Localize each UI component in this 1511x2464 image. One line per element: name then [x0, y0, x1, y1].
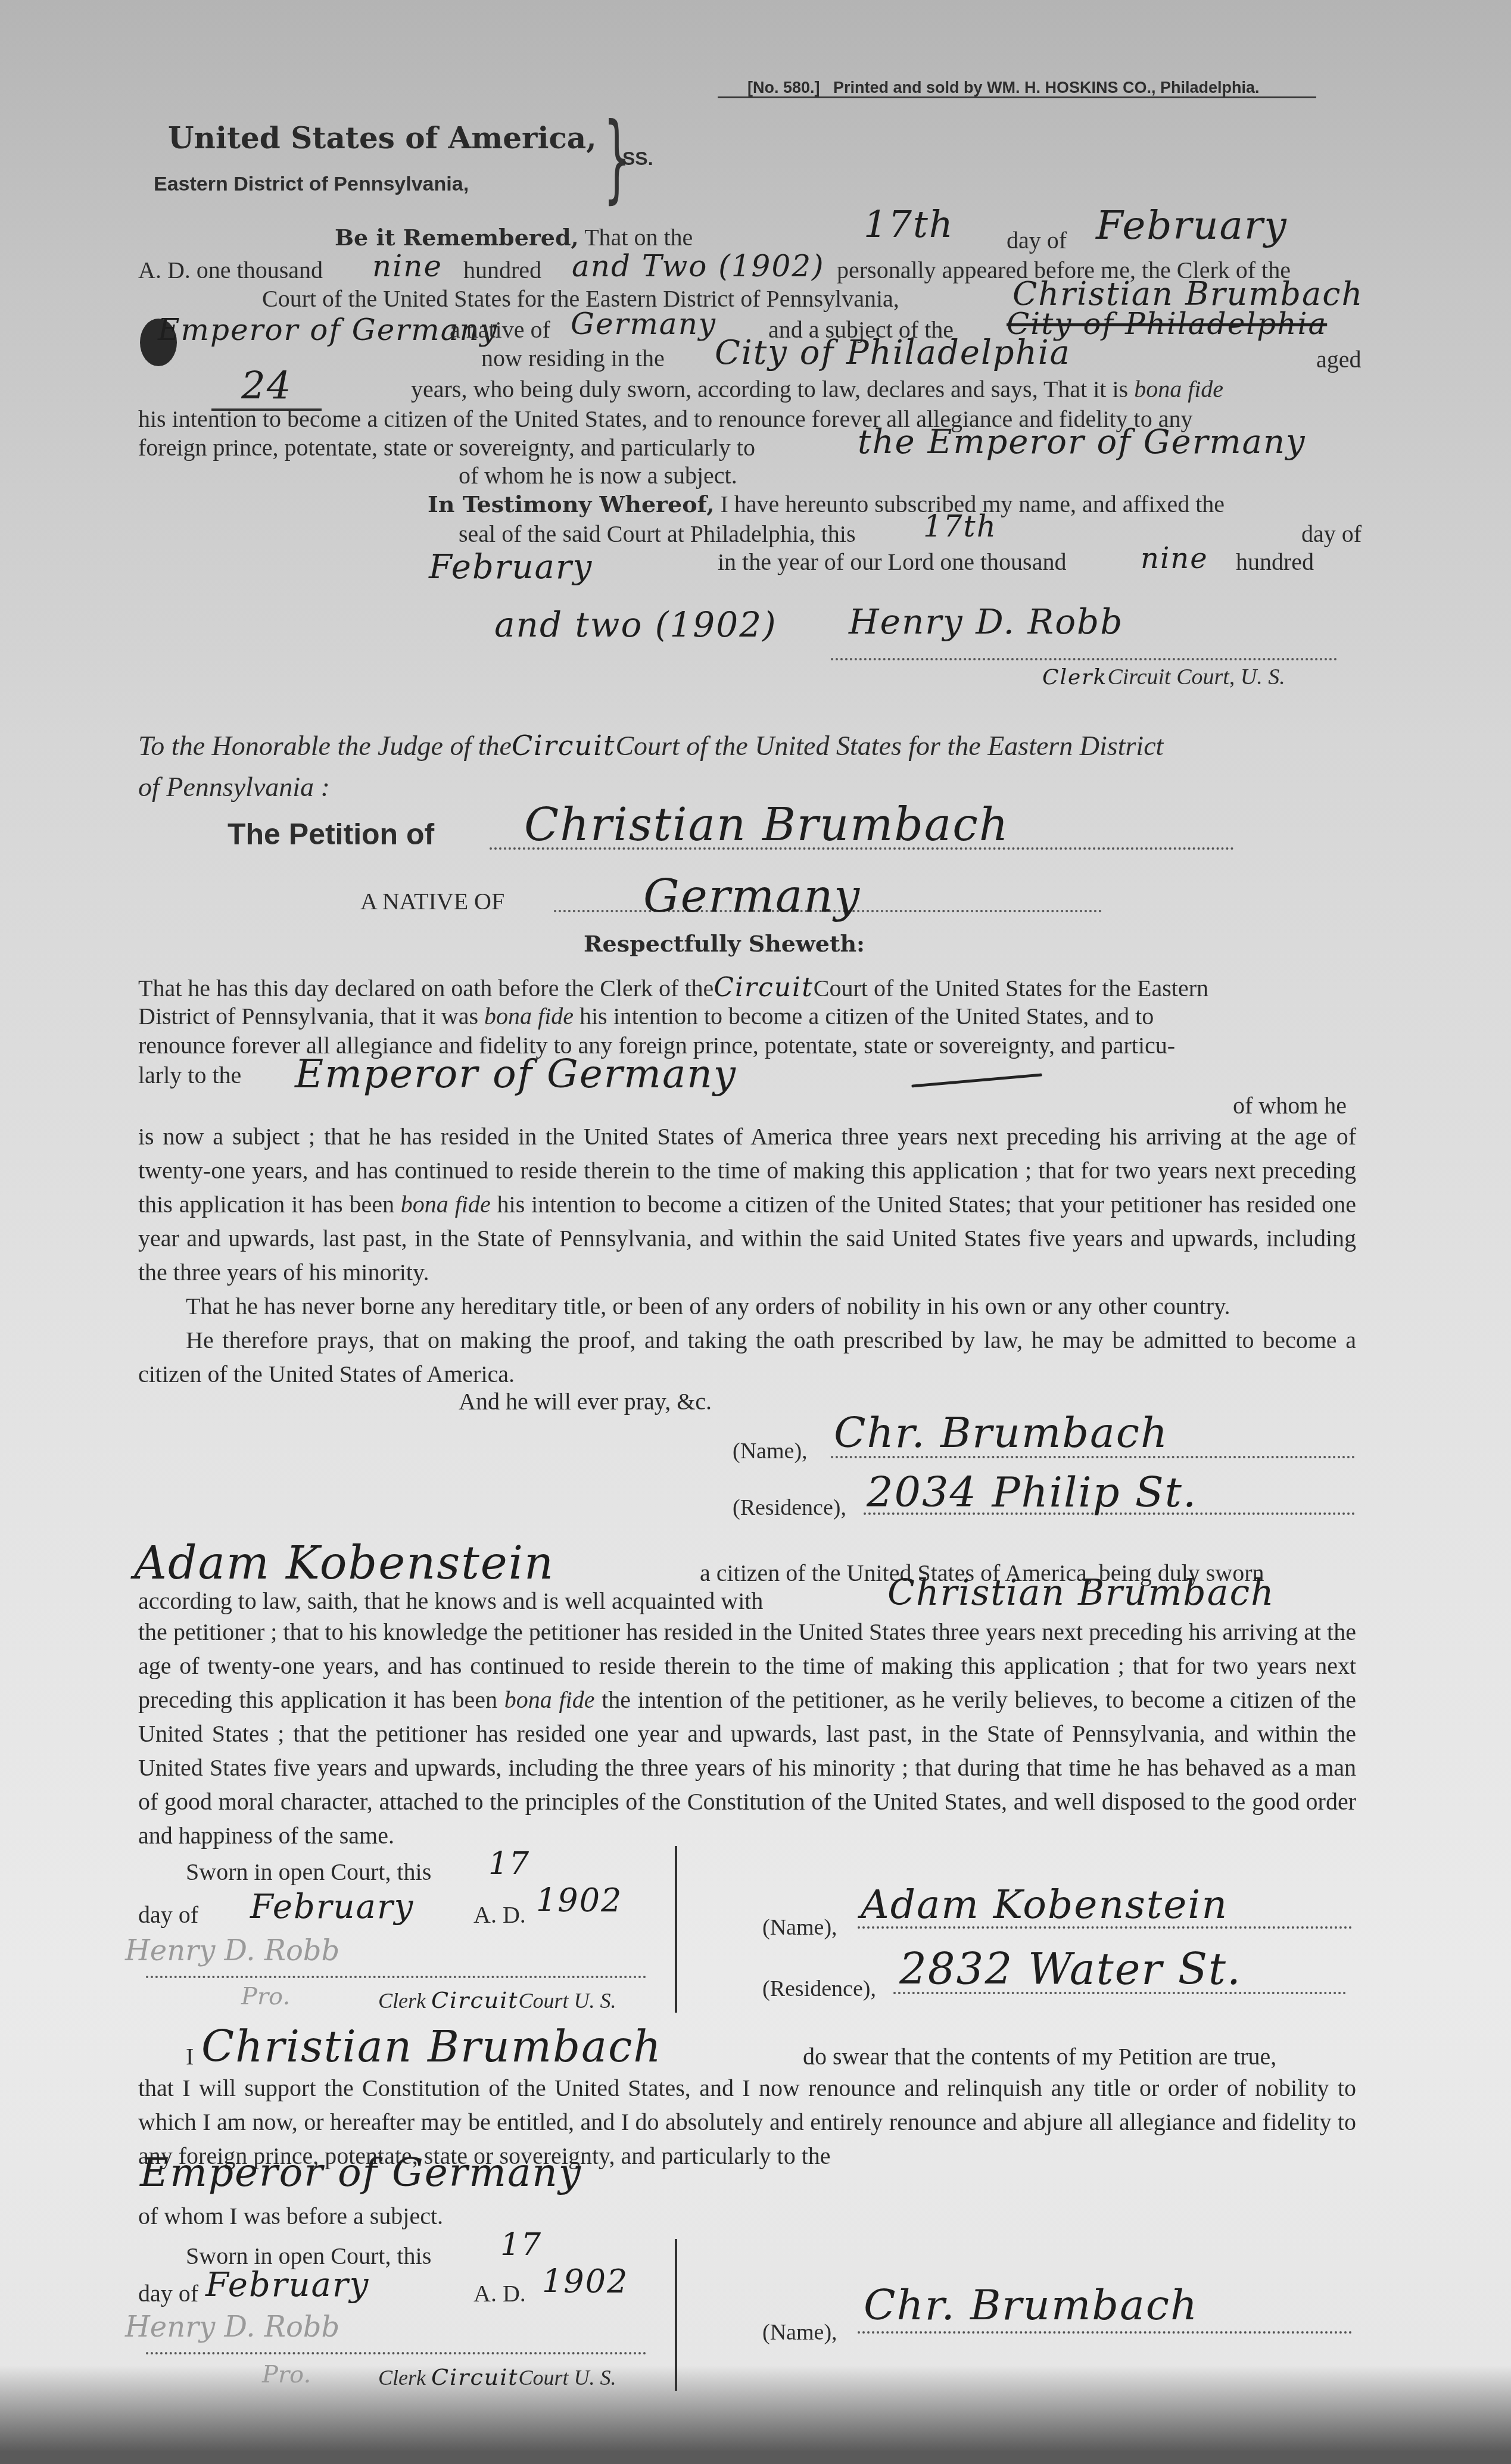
caption-country: United States of America, — [168, 120, 597, 155]
witness-residence-field[interactable]: 2832 Water St. — [899, 1944, 1242, 1994]
petition-native-field[interactable]: Germany — [643, 869, 861, 922]
text: District of Pennsylvania, that it was — [138, 1003, 478, 1030]
ad-one-thousand: A. D. one thousand — [138, 256, 323, 284]
dash-stroke — [911, 1073, 1042, 1087]
petition-residence-label: (Residence), — [733, 1495, 846, 1521]
witness-residence-label: (Residence), — [762, 1976, 876, 2002]
petitioner-name-field[interactable]: Christian Brumbach — [524, 798, 1010, 851]
witness-ad-label: A. D. — [473, 1901, 526, 1929]
year-of-lord-label: in the year of our Lord one thousand — [718, 548, 1066, 576]
witness-sworn-day-field[interactable]: 17 — [488, 1846, 530, 1882]
text: Court U. S. — [519, 2366, 616, 2390]
oath-clerk-label: Clerk CircuitCourt U. S. — [378, 2364, 616, 2390]
witness-name-signed-field[interactable]: Adam Kobenstein — [861, 1882, 1228, 1927]
witness-bracket — [675, 1846, 677, 2013]
witness-month-field[interactable]: February — [250, 1888, 414, 1926]
oath-i-label: I — [186, 2042, 194, 2070]
witness-year-field[interactable]: 1902 — [536, 1882, 622, 1919]
bona-fide: bona fide — [504, 1686, 595, 1713]
now-residing-label: now residing in the — [481, 344, 665, 372]
respectfully-sheweth: Respectfully Sheweth: — [584, 930, 865, 957]
text: That he has this day declared on oath be… — [138, 975, 714, 1002]
oath-particularly-field[interactable]: Emperor of Germany — [140, 2150, 582, 2195]
para1-court-field[interactable]: Circuit — [714, 972, 814, 1003]
clerk-title: ClerkCircuit Court, U. S. — [1042, 664, 1285, 690]
seal-day-field[interactable]: 17th — [923, 509, 997, 544]
clerk-prefix-handwritten: Clerk — [1042, 665, 1107, 690]
bona-fide: bona fide — [484, 1003, 574, 1030]
native-of-label: A NATIVE OF — [360, 887, 504, 915]
seal-year-field[interactable]: and two (1902) — [494, 604, 777, 645]
clerk-court-field[interactable]: Circuit — [431, 1987, 519, 2013]
petition-residence-field[interactable]: 2034 Philip St. — [867, 1468, 1197, 1517]
witness-name-field[interactable]: Adam Kobenstein — [134, 1536, 554, 1589]
witness-line2: according to law, saith, that he knows a… — [138, 1587, 763, 1615]
bona-fide: bona fide — [401, 1191, 491, 1218]
day-field[interactable]: 17th — [864, 202, 954, 246]
oath-of-whom: of whom I was before a subject. — [138, 2202, 443, 2230]
a-native-of-label: a native of — [450, 316, 550, 344]
clerk-signature-line — [831, 658, 1337, 660]
witness-clerk-label: Clerk CircuitCourt U. S. — [378, 1987, 616, 2013]
witness-clerk-signature: Henry D. Robb — [125, 1934, 339, 1967]
oath-taker-field[interactable]: Christian Brumbach — [201, 2022, 662, 2072]
seal-hundred-label: hundred — [1236, 548, 1314, 576]
petition-name-label: (Name), — [733, 1438, 808, 1464]
text: is now a subject ; that he has resided i… — [138, 1119, 1356, 1289]
in-testimony: In Testimony Whereof, — [428, 491, 714, 517]
age-field[interactable]: 24 — [211, 364, 322, 411]
petition-address-line2: of Pennsylvania : — [138, 771, 330, 803]
witness-body: the petitioner ; that to his knowledge t… — [138, 1615, 1356, 1852]
native-field[interactable]: Germany — [571, 307, 716, 341]
text: Court of the United States for the Easte… — [814, 975, 1208, 1002]
petition-para2: That he has never borne any hereditary t… — [138, 1289, 1356, 1323]
subject-of-field[interactable]: Emperor of Germany — [158, 313, 498, 347]
form-number: [No. 580.] — [747, 79, 820, 96]
text: Court U. S. — [519, 1989, 616, 2013]
text: years, who being duly sworn, according t… — [411, 376, 1128, 403]
oath-month-field[interactable]: February — [205, 2266, 369, 2304]
text: his intention to become a citizen of the… — [580, 1003, 1154, 1030]
closing: And he will ever pray, &c. — [459, 1387, 712, 1415]
foreign-prince-line: foreign prince, potentate, state or sove… — [138, 433, 755, 461]
particularly-field[interactable]: the Emperor of Germany — [858, 423, 1306, 461]
seal-day-of: day of — [1301, 520, 1362, 548]
petition-address: To the Honorable the Judge of theCircuit… — [138, 729, 1163, 762]
court-type-field[interactable]: Circuit — [512, 729, 615, 762]
caption-ss: SS. — [622, 148, 653, 170]
oath-year-field[interactable]: 1902 — [542, 2263, 628, 2300]
month-field[interactable]: February — [1096, 202, 1288, 248]
year-field[interactable]: and Two (1902) — [572, 249, 825, 283]
clerk-signature: Henry D. Robb — [849, 601, 1123, 642]
seal-month-field[interactable]: February — [429, 548, 593, 587]
oath-day-of-label: day of — [138, 2279, 198, 2307]
petition-name-field[interactable]: Chr. Brumbach — [834, 1408, 1169, 1457]
printer-name: Printed and sold by WM. H. HOSKINS CO., … — [833, 79, 1260, 96]
text: To the Honorable the Judge of the — [138, 731, 512, 761]
be-it-remembered: Be it Remembered, — [335, 224, 579, 251]
testimony-line: In Testimony Whereof, I have hereunto su… — [428, 490, 1225, 518]
caption-district: Eastern District of Pennsylvania, — [154, 173, 469, 196]
witness-clerk-line — [146, 1976, 646, 1978]
text: the petitioner ; that to his knowledge t… — [138, 1615, 1356, 1852]
witness-day-of-label: day of — [138, 1901, 198, 1929]
petition-para1-line1: That he has this day declared on oath be… — [138, 972, 1208, 1003]
witness-name-label: (Name), — [762, 1914, 837, 1941]
oath-clerk-signature: Henry D. Robb — [125, 2310, 339, 2344]
day-of-label: day of — [1007, 226, 1067, 254]
witness-clerk-by: Pro. — [241, 1983, 290, 2010]
petition-para1-line2: District of Pennsylvania, that it was bo… — [138, 1002, 1154, 1030]
oath-line1: do swear that the contents of my Petitio… — [803, 2042, 1276, 2070]
oath-clerk-line — [146, 2352, 646, 2354]
header-rule — [718, 96, 1316, 98]
oath-name-field[interactable]: Chr. Brumbach — [864, 2281, 1198, 2329]
oath-line: years, who being duly sworn, according t… — [411, 375, 1223, 403]
printer-imprint: [No. 580.] Printed and sold by WM. H. HO… — [747, 79, 1260, 97]
of-whom-label: of whom he is now a subject. — [459, 461, 737, 489]
text: Clerk — [378, 2366, 426, 2390]
of-whom-he: of whom he — [1233, 1091, 1347, 1119]
clerk-court-field[interactable]: Circuit — [431, 2364, 519, 2390]
text: Court of the United States for the Easte… — [615, 731, 1163, 761]
residence-field[interactable]: City of Philadelphia — [715, 333, 1071, 372]
seal-line: seal of the said Court at Philadelphia, … — [459, 520, 856, 548]
century-field[interactable]: nine — [372, 249, 443, 283]
petition-particularly-field[interactable]: Emperor of Germany — [295, 1051, 737, 1097]
text: Circuit Court, U. S. — [1107, 665, 1285, 690]
seal-century-field[interactable]: nine — [1141, 542, 1208, 575]
petition-para1-rest: is now a subject ; that he has resided i… — [138, 1119, 1356, 1391]
petition-para1-line4: larly to the — [138, 1061, 241, 1089]
oath-ad-label: A. D. — [473, 2279, 526, 2307]
witness-sworn-label: Sworn in open Court, this — [186, 1858, 431, 1886]
oath-clerk-by: Pro. — [262, 2361, 311, 2388]
text: That on the — [584, 224, 693, 251]
oath-bracket — [675, 2239, 677, 2391]
oath-name-label: (Name), — [762, 2319, 837, 2346]
aged-label: aged — [1316, 345, 1362, 373]
oath-sworn-day-field[interactable]: 17 — [500, 2227, 542, 2263]
text: Clerk — [378, 1989, 426, 2013]
petition-of-label: The Petition of — [228, 817, 434, 852]
hundred-label: hundred — [463, 256, 541, 284]
bona-fide: bona fide — [1134, 376, 1223, 403]
witness-petitioner-field[interactable]: Christian Brumbach — [887, 1572, 1275, 1614]
declaration-line-1: Be it Remembered, That on the — [335, 223, 693, 251]
oath-name-line — [858, 2331, 1352, 2334]
petition-para3: He therefore prays, that on making the p… — [138, 1323, 1356, 1391]
